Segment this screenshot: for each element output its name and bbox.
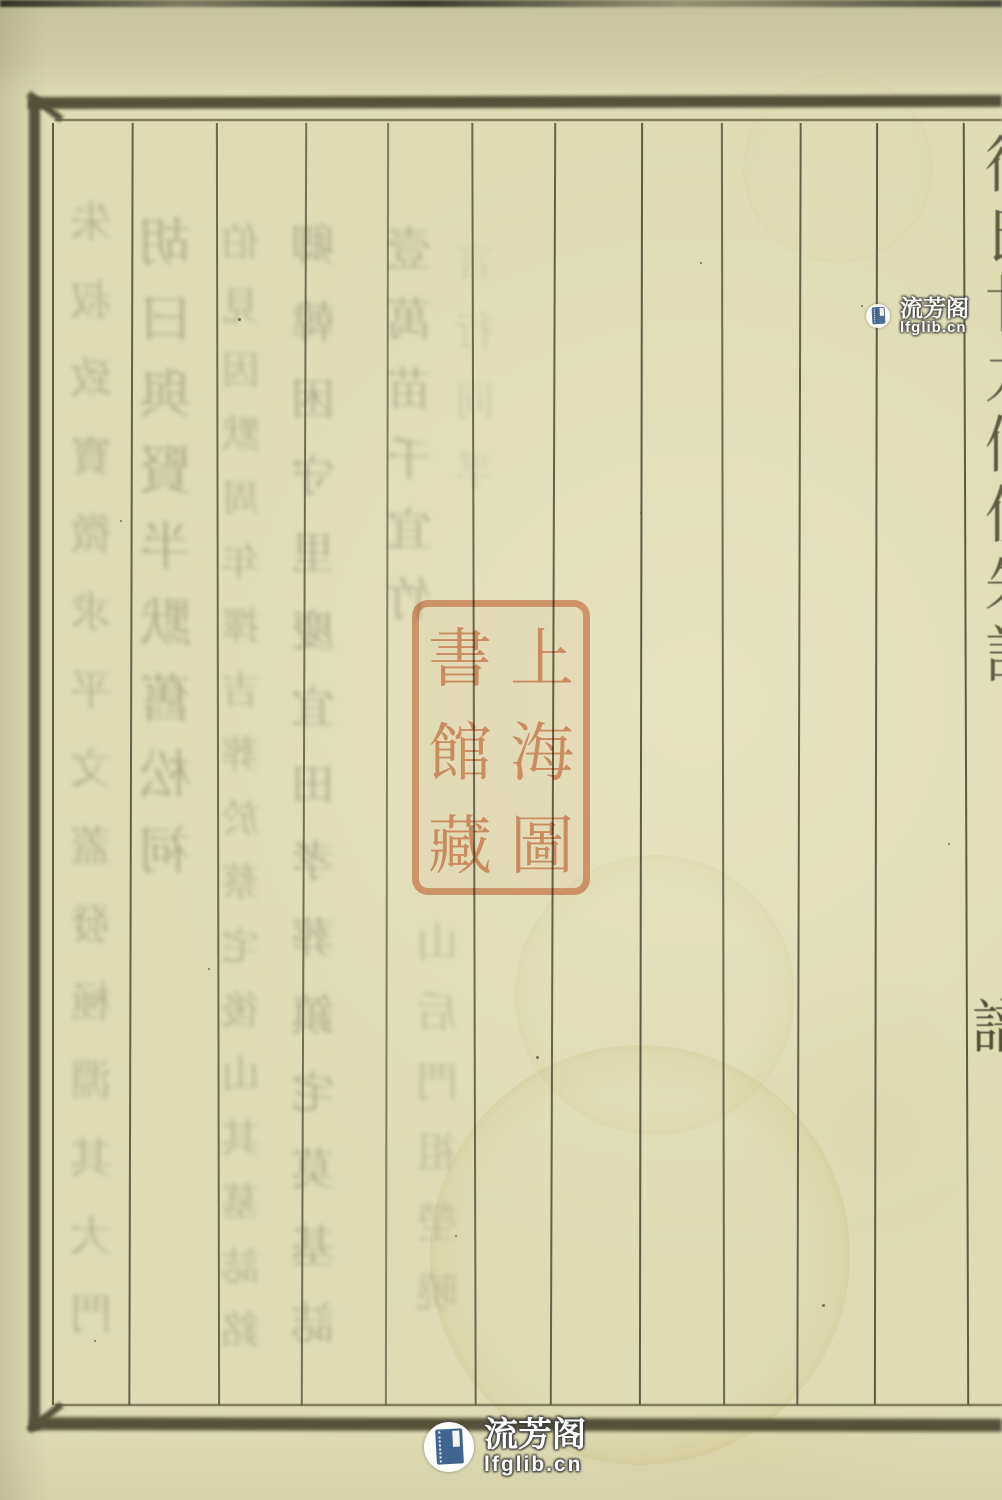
bleedthrough-column: 伯見因默周年擇吉葬於蔡宅後山其墓誌銘 — [226, 222, 264, 1374]
ink-speck — [700, 262, 702, 264]
edge-title-characters: 徐氏廿九修佚朱記 — [978, 132, 1002, 692]
ruling-line — [385, 123, 389, 1405]
seal-column: 書館藏 — [419, 607, 501, 888]
bleedthrough-column: 朱叔致寳微求平文蓋發極淵其大門 — [74, 200, 116, 1370]
edge-title-fragment: 譜 — [972, 980, 1002, 1064]
frame-top-border — [28, 95, 1002, 109]
ink-speck — [948, 843, 950, 845]
ruling-line — [52, 123, 54, 1405]
scanned-page: 朱叔致寳微求平文蓋發極淵其大門胡曰與賢半默舊松祠伯見因默周年擇吉葬於蔡宅後山其墓… — [0, 0, 1002, 1500]
paper-stain — [540, 1395, 960, 1500]
watermark-title: 流芳阁 — [484, 1418, 586, 1454]
seal-character: 上 — [501, 607, 583, 701]
seal-character: 館 — [419, 701, 501, 795]
ink-speck — [861, 305, 863, 307]
watermark-url: lfglib.cn — [484, 1454, 583, 1476]
watermark-title: 流芳阁 — [900, 296, 969, 320]
bleedthrough-column: 山后門祖塋曉 — [420, 920, 462, 1340]
scan-top-edge — [0, 0, 1002, 7]
frame-top-inner-line — [55, 119, 1002, 121]
ink-speck — [822, 1304, 825, 1307]
book-icon — [866, 304, 890, 328]
ink-speck — [536, 1056, 539, 1059]
bleedthrough-column: 言行同孚 — [458, 240, 498, 520]
book-icon — [424, 1422, 474, 1472]
ruling-line — [721, 123, 725, 1405]
bleedthrough-column: 胡曰與賢半默舊松祠 — [146, 215, 198, 899]
paper-stain — [720, 970, 1002, 1270]
ink-speck — [208, 968, 210, 970]
ruling-line — [796, 123, 801, 1405]
library-collection-seal: 上海圖書館藏 上海圖書館藏 — [412, 600, 590, 895]
frame-bottom-inner-line — [55, 1404, 1002, 1406]
ruling-line — [639, 123, 643, 1405]
watermark-top-right: 流芳阁 lfglib.cn — [866, 296, 969, 336]
bleedthrough-column: 壹萬苗千宜竹 — [390, 225, 436, 645]
seal-character: 海 — [501, 701, 583, 795]
frame-left-border — [29, 100, 40, 1430]
seal-character: 書 — [419, 607, 501, 701]
paper-stain — [515, 855, 795, 1135]
seal-character: 圖 — [501, 794, 583, 888]
watermark-bottom: 流芳阁 lfglib.cn — [424, 1418, 586, 1476]
ruling-line — [216, 123, 220, 1405]
watermark-url: lfglib.cn — [900, 320, 967, 336]
seal-character: 藏 — [419, 794, 501, 888]
ruling-line — [128, 123, 133, 1405]
seal-column: 上海圖 — [501, 607, 583, 888]
ink-speck — [120, 520, 122, 522]
